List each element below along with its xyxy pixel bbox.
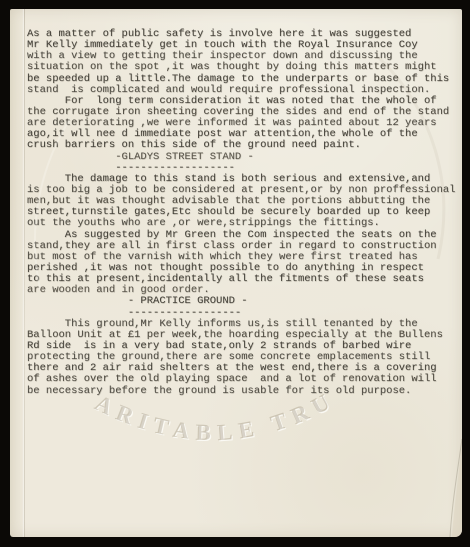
scan-black-frame: As a matter of public safety is involve … [0, 0, 470, 547]
typed-line: crush barriers on this side of the groun… [27, 140, 455, 151]
typed-line: As suggested by Mr Green the Com inspect… [27, 230, 455, 241]
page-crease-line [24, 9, 25, 537]
typed-line: Balloon Unit at £1 per week,the hoarding… [27, 330, 455, 341]
typed-line: of ashes over the old playing space and … [27, 374, 455, 385]
typed-line: ago,it wll nee d immediate post war atte… [27, 129, 455, 140]
typed-line: ------------------- [27, 163, 455, 174]
typed-line: be necessary before the ground is usable… [27, 386, 455, 397]
typed-line: there and 2 air raid shelters at the wes… [27, 363, 455, 374]
typed-line: As a matter of public safety is involve … [27, 29, 455, 40]
typed-line: - PRACTICE GROUND - [27, 296, 455, 307]
typed-line: perished ,it was not thought possible to… [27, 263, 455, 274]
typed-line: out the youths who are ,or were,strippin… [27, 218, 455, 229]
typed-line: men,but it was thought advisable that th… [27, 196, 455, 207]
typed-line: ------------------ [27, 308, 455, 319]
typed-text-block: As a matter of public safety is involve … [27, 29, 455, 397]
typed-line: situation on the spot ,it was thought by… [27, 62, 455, 73]
page-corner-curl [450, 439, 462, 537]
document-page: As a matter of public safety is involve … [10, 9, 462, 537]
typed-line: For long term consideration it was noted… [27, 96, 455, 107]
page-corner-shade [452, 439, 462, 537]
